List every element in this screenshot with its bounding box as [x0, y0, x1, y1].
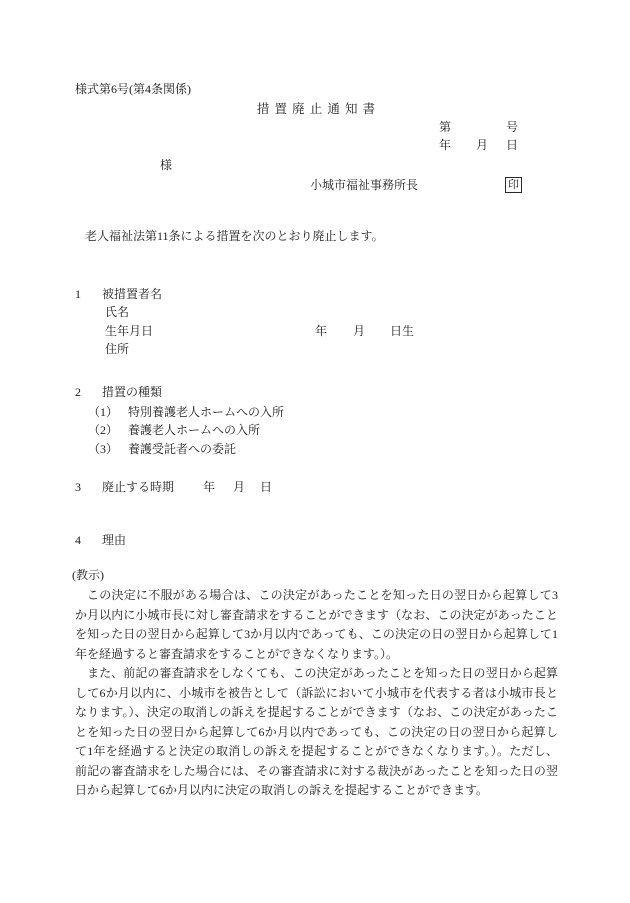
- document-content: 様式第6号(第4条関係) 措 置 廃 止 通 知 書 第号 年月日 様 小城市福…: [0, 0, 630, 801]
- seal-stamp-box: 印: [505, 177, 522, 193]
- measure-type-item: （1）特別養護老人ホームへの入所: [88, 403, 558, 422]
- issuer-line: 小城市福祉事務所長印: [310, 176, 558, 194]
- section-1-heading: 被措置者名: [102, 287, 162, 301]
- date-day-label: 日: [506, 138, 518, 152]
- section-2-number: 2: [75, 383, 102, 401]
- section-4-number: 4: [75, 531, 102, 549]
- measure-type-item: （3）養護受託者への委託: [88, 440, 558, 459]
- birthdate-month-label: 月: [353, 324, 365, 338]
- section-reason: 4理由: [75, 531, 558, 549]
- document-title: 措 置 廃 止 通 知 書: [75, 100, 558, 118]
- abolition-day-label: 日: [260, 480, 272, 494]
- section-4-heading: 理由: [102, 533, 126, 547]
- abolition-month-label: 月: [233, 480, 245, 494]
- item-2-text: 養護老人ホームへの入所: [128, 423, 260, 437]
- recipient-honorific: 様: [160, 158, 172, 172]
- doc-number-prefix: 第: [439, 120, 451, 134]
- section-3-heading: 廃止する時期: [102, 480, 174, 494]
- issue-date-line: 年月日: [75, 136, 558, 154]
- field-birthdate: 生年月日年月日生: [105, 322, 558, 341]
- date-month-label: 月: [476, 138, 488, 152]
- section-2-items: （1）特別養護老人ホームへの入所 （2）養護老人ホームへの入所 （3）養護受託者…: [88, 403, 558, 459]
- item-1-text: 特別養護老人ホームへの入所: [128, 405, 284, 419]
- section-abolition-date: 3廃止する時期年月日: [75, 478, 558, 496]
- section-3-number: 3: [75, 478, 102, 496]
- item-3-text: 養護受託者への委託: [128, 442, 236, 456]
- document-page: 様式第6号(第4条関係) 措 置 廃 止 通 知 書 第号 年月日 様 小城市福…: [0, 0, 630, 903]
- field-address-label: 住所: [105, 340, 129, 359]
- section-measure-type: 2措置の種類 （1）特別養護老人ホームへの入所 （2）養護老人ホームへの入所 （…: [75, 383, 558, 459]
- measure-type-item: （2）養護老人ホームへの入所: [88, 421, 558, 440]
- birthdate-year-label: 年: [315, 324, 327, 338]
- birthdate-day-label: 日生: [390, 324, 414, 338]
- item-2-number: （2）: [88, 421, 128, 440]
- item-3-number: （3）: [88, 440, 128, 459]
- doc-number-suffix: 号: [506, 120, 518, 134]
- section-2-heading-line: 2措置の種類: [75, 383, 558, 401]
- document-number-line: 第号: [75, 118, 558, 136]
- field-address: 住所: [105, 340, 558, 359]
- section-1-heading-line: 1被措置者名: [75, 285, 558, 303]
- date-year-label: 年: [439, 138, 451, 152]
- section-1-fields: 氏名 生年月日年月日生 住所: [105, 303, 558, 359]
- section-1-number: 1: [75, 285, 102, 303]
- notice-paragraph-2: また、前記の審査請求をしなくても、この決定があったことを知った日の翌日から起算し…: [75, 664, 558, 801]
- item-1-number: （1）: [88, 403, 128, 422]
- notice-heading: (教示): [72, 566, 558, 584]
- field-birthdate-label: 生年月日: [105, 322, 315, 341]
- section-recipient-of-measure: 1被措置者名 氏名 生年月日年月日生 住所: [75, 285, 558, 359]
- opening-sentence: 老人福祉法第11条による措置を次のとおり廃止します。: [75, 227, 558, 245]
- field-name: 氏名: [105, 303, 558, 322]
- notice-paragraph-1: この決定に不服がある場合は、この決定があったことを知った日の翌日から起算して3か…: [75, 586, 558, 664]
- appeal-notice: (教示) この決定に不服がある場合は、この決定があったことを知った日の翌日から起…: [75, 566, 558, 801]
- abolition-year-label: 年: [203, 480, 215, 494]
- form-number: 様式第6号(第4条関係): [75, 80, 558, 98]
- field-name-label: 氏名: [105, 303, 129, 322]
- section-2-heading: 措置の種類: [102, 385, 162, 399]
- recipient-line: 様: [160, 156, 558, 174]
- issuer-title: 小城市福祉事務所長: [310, 178, 418, 192]
